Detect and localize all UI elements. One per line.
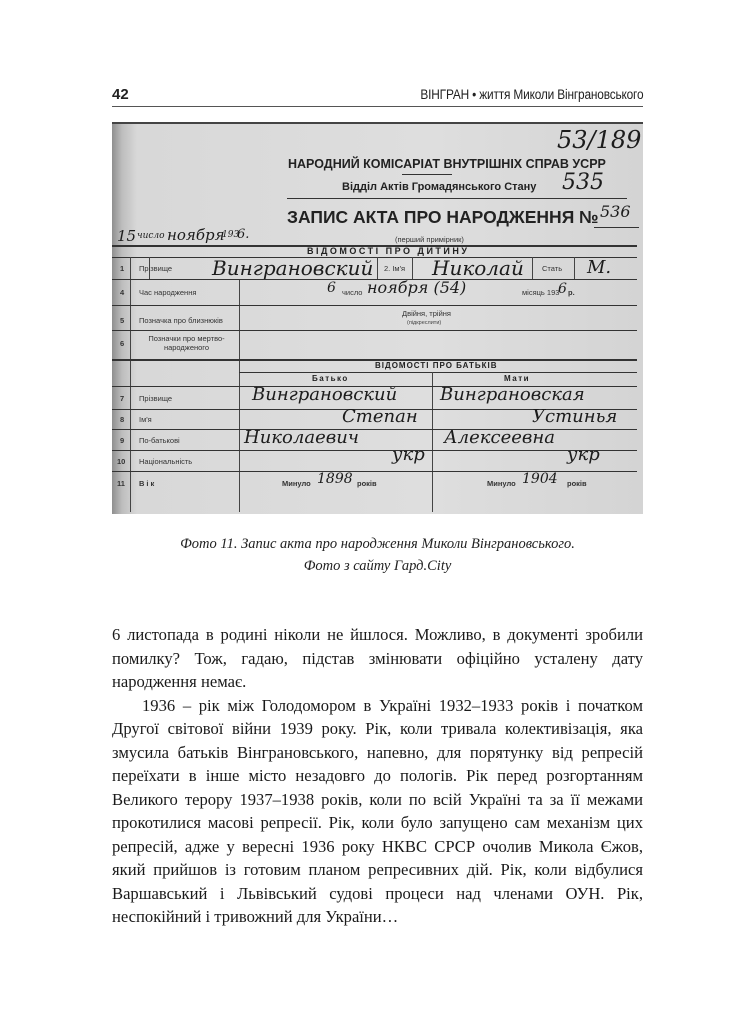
father-age-suffix: років — [357, 479, 377, 488]
parent-name-label: Ім'я — [139, 415, 152, 424]
nationality-label: Національність — [139, 457, 192, 466]
row-number: 1 — [120, 264, 124, 273]
child-surname-value: Винграновский — [212, 256, 373, 280]
record-title: ЗАПИС АКТА ПРО НАРОДЖЕННЯ № — [287, 207, 599, 228]
birth-day-word: число — [342, 288, 362, 297]
birth-year-end: р. — [568, 288, 575, 297]
archive-number: 53/189 — [557, 126, 641, 154]
parent-surname-label: Прізвище — [139, 394, 172, 403]
record-date-month: ноября — [167, 226, 225, 244]
row-number: 4 — [120, 288, 124, 297]
row-number: 10 — [117, 457, 125, 466]
mother-nationality: укр — [567, 444, 600, 465]
record-date-word: число — [137, 231, 165, 241]
birth-record-photo: 53/189 НАРОДНИЙ КОМІСАРІАТ ВНУТРІШНІХ СП… — [112, 122, 643, 514]
birth-month-value: ноября (54) — [367, 278, 466, 297]
copy-note: (перший примірник) — [395, 235, 464, 244]
running-header: 42 ВІНГРАН • життя Миколи Вінграновськог… — [112, 84, 643, 107]
child-sex-label: Стать — [542, 264, 562, 273]
twins-note: Двійня, трійня — [402, 309, 451, 318]
mother-header: Мати — [504, 374, 530, 383]
mother-name: Устинья — [532, 406, 617, 427]
father-age-prefix: Минуло — [282, 479, 311, 488]
child-name-value: Николай — [432, 256, 524, 280]
father-header: Батько — [312, 374, 349, 383]
patronymic-label: По-батькові — [139, 436, 180, 445]
row-number: 7 — [120, 394, 124, 403]
running-title: ВІНГРАН • життя Миколи Вінграновського — [420, 87, 643, 102]
birth-time-label: Час народження — [139, 288, 196, 297]
photo-caption: Фото 11. Запис акта про народження Микол… — [112, 533, 643, 577]
child-name-label: 2. Ім'я — [384, 264, 405, 273]
father-birth-year: 1898 — [317, 471, 353, 487]
mother-age-prefix: Минуло — [487, 479, 516, 488]
body-text: 6 листопада в родині ніколи не йшлося. М… — [112, 623, 643, 929]
department-title: Відділ Актів Громадянського Стану — [342, 181, 536, 193]
child-sex-value: М. — [587, 257, 611, 278]
parents-section-title: ВІДОМОСТІ ПРО БАТЬКІВ — [375, 361, 498, 370]
row-number: 8 — [120, 415, 124, 424]
age-label: Вік — [139, 479, 156, 488]
page-number: 42 — [112, 86, 129, 103]
caption-line-1: Фото 11. Запис акта про народження Микол… — [112, 533, 643, 555]
paragraph-1: 6 листопада в родині ніколи не йшлося. М… — [112, 623, 643, 694]
mother-age-suffix: років — [567, 479, 587, 488]
mother-birth-year: 1904 — [522, 471, 558, 487]
row-number: 9 — [120, 436, 124, 445]
record-number: 536 — [600, 202, 631, 221]
record-date-year-suffix: 6. — [237, 227, 249, 242]
father-nationality: укр — [392, 444, 425, 465]
stillborn-label: Позначки про мертво-народженого — [139, 334, 234, 352]
twins-label: Позначка про близнюків — [139, 316, 223, 325]
birth-month-word: місяць 193 — [522, 288, 559, 297]
agency-title: НАРОДНИЙ КОМІСАРІАТ ВНУТРІШНІХ СПРАВ УСР… — [288, 157, 606, 171]
row-number: 5 — [120, 316, 124, 325]
twins-note-sub: (підкреслити) — [407, 320, 441, 326]
department-number: 535 — [562, 170, 604, 195]
row-number: 6 — [120, 339, 124, 348]
father-name: Степан — [342, 406, 418, 427]
father-surname: Винграновский — [252, 384, 397, 405]
row-number: 11 — [117, 479, 125, 488]
child-section-title: ВІДОМОСТІ ПРО ДИТИНУ — [307, 246, 469, 256]
birth-year-suffix: 6 — [558, 281, 567, 297]
mother-surname: Винграновская — [440, 384, 585, 405]
caption-line-2: Фото з сайту Гард.City — [112, 555, 643, 577]
mother-patronymic: Алексеевна — [444, 427, 555, 448]
father-patronymic: Николаевич — [244, 427, 359, 448]
paragraph-2: 1936 – рік між Голодомором в Україні 193… — [112, 694, 643, 929]
record-date-day: 15 — [117, 227, 136, 245]
child-surname-label: Прізвище — [139, 264, 172, 273]
birth-day-value: 6 — [327, 280, 336, 296]
